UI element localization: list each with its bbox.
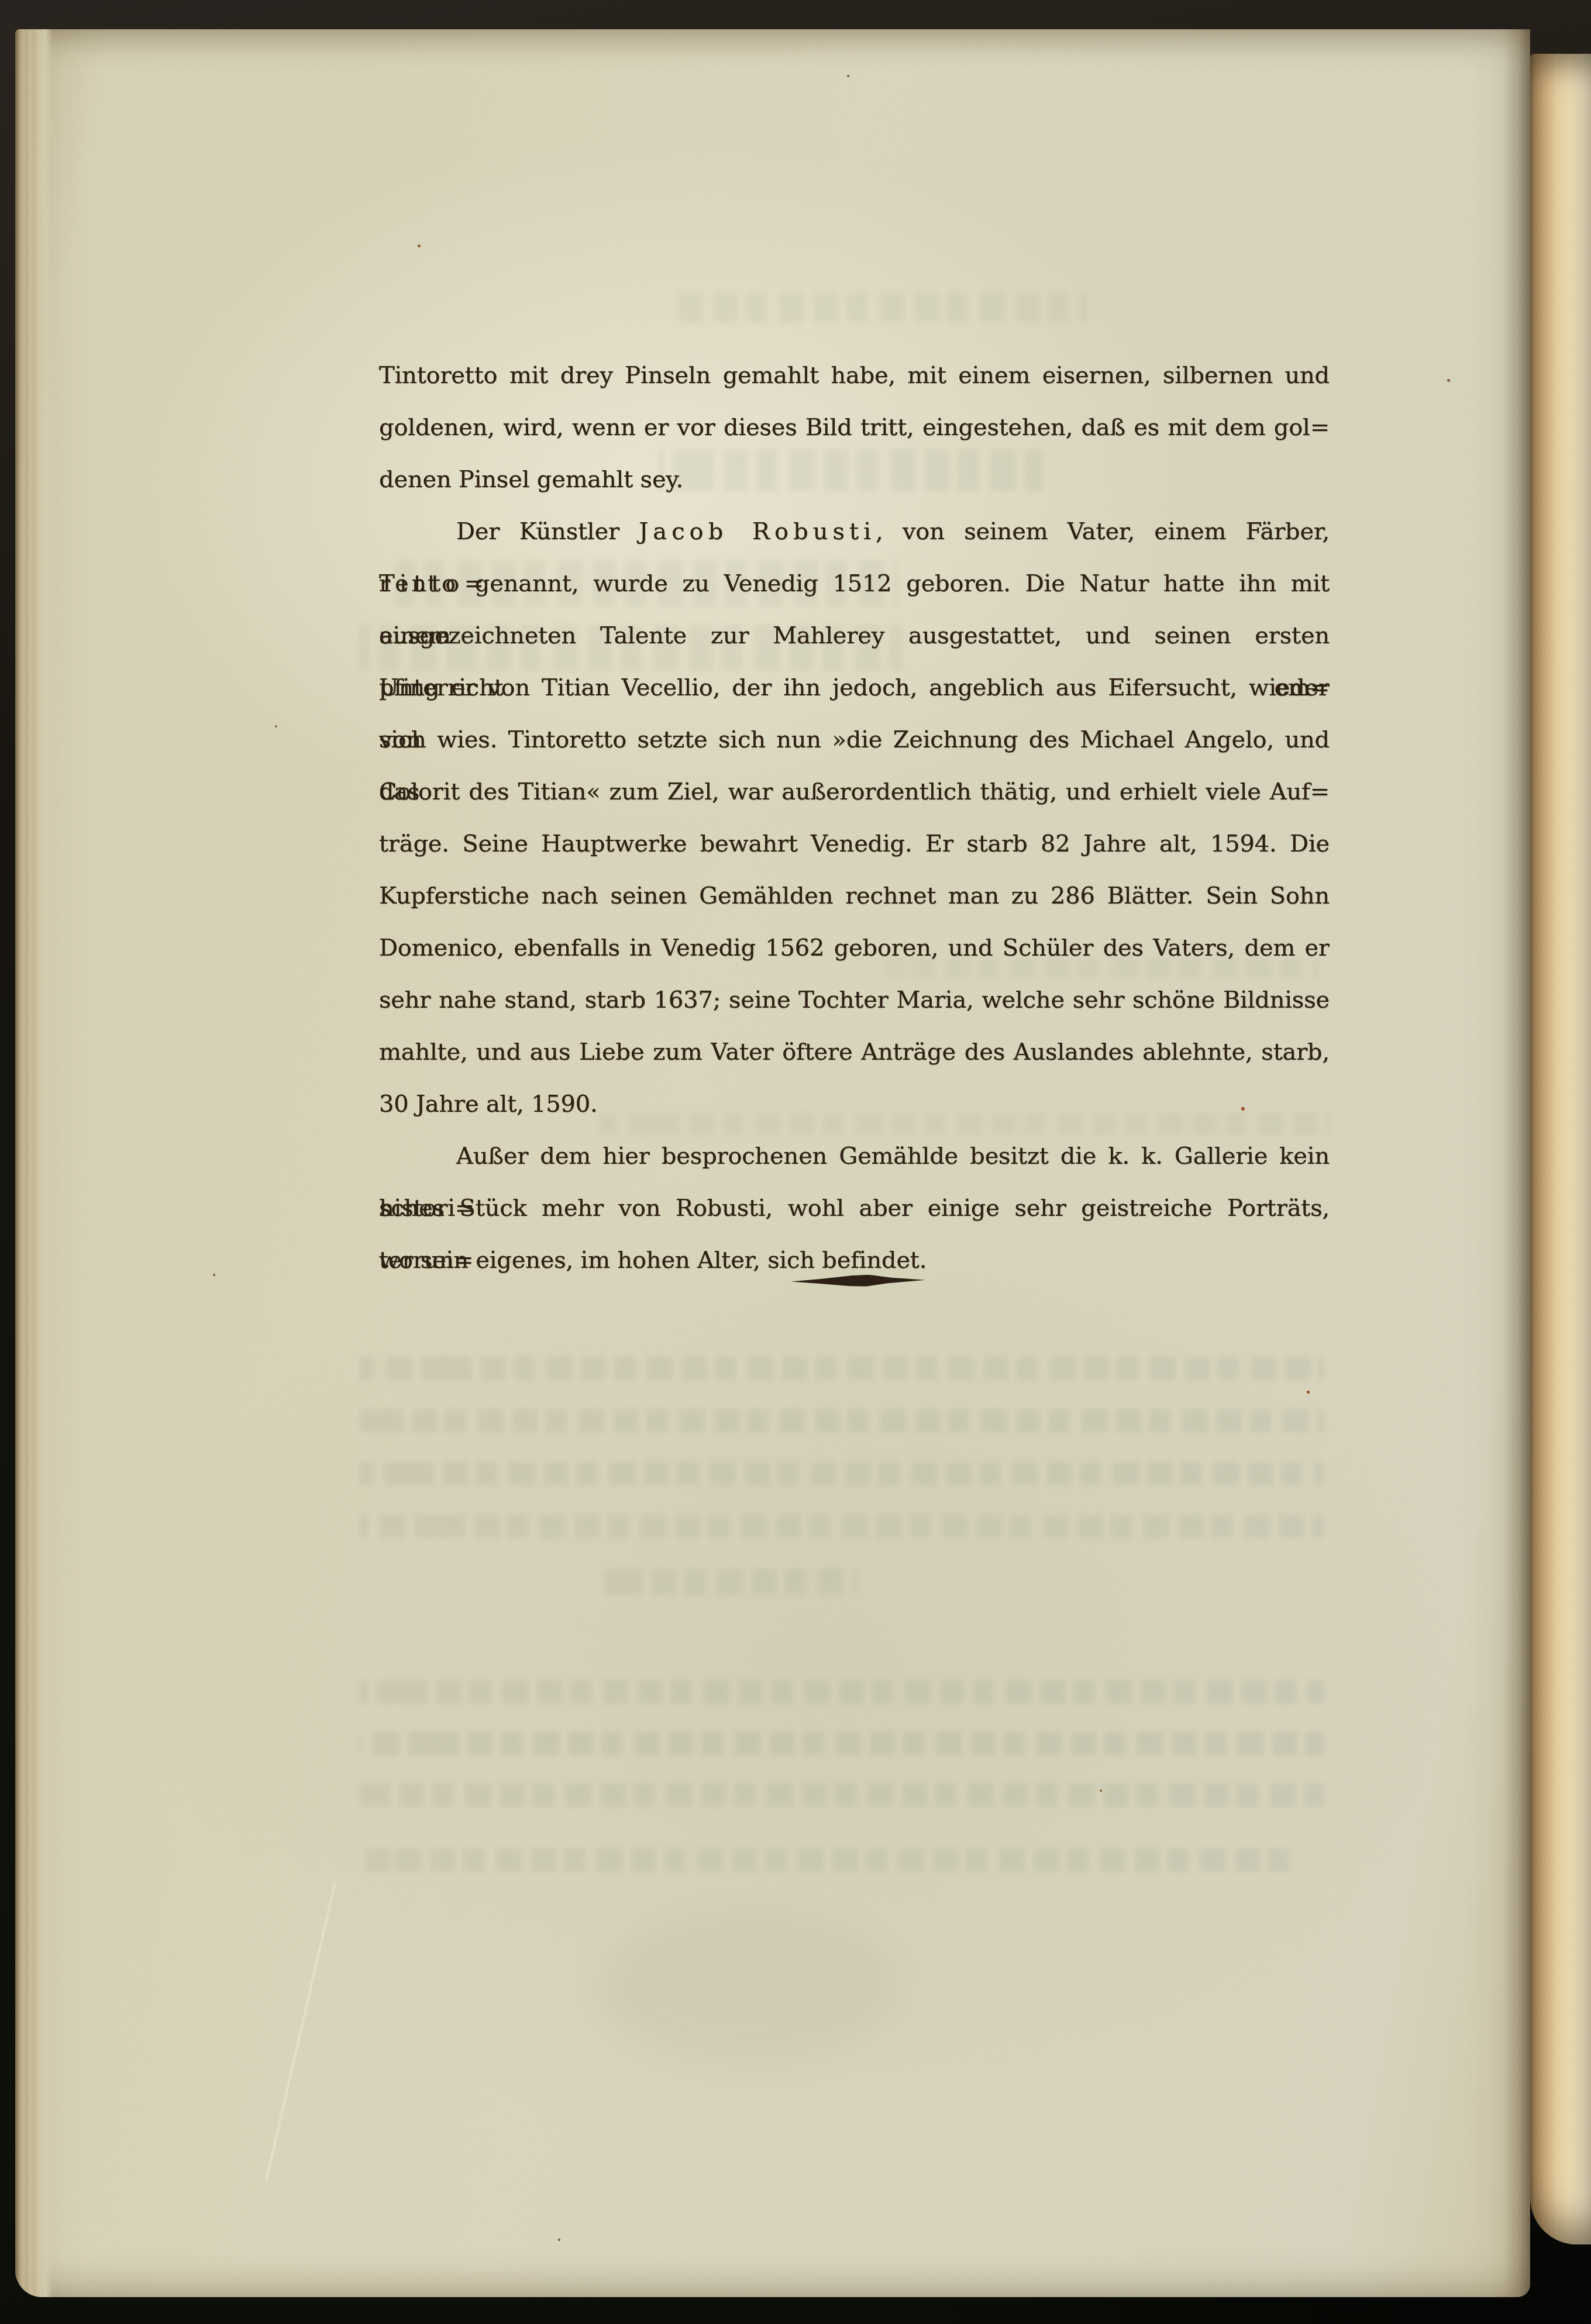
text-line: retto genannt, wurde zu Venedig 1512 geb… — [379, 558, 1330, 610]
paper-speck — [1307, 1391, 1310, 1394]
text-line: Außer dem hier besprochenen Gemählde bes… — [379, 1130, 1330, 1182]
text-line: sich wies. Tintoretto setzte sich nun »d… — [379, 714, 1330, 766]
paper-stain — [599, 1911, 903, 2063]
paper-speck — [558, 2239, 560, 2241]
show-through-line — [678, 292, 1087, 323]
text-line: 30 Jahre alt, 1590. — [379, 1078, 1330, 1130]
show-through-line — [359, 1515, 1324, 1538]
book-scan-photo: Tintoretto mit drey Pinseln gemahlt habe… — [0, 0, 1591, 2324]
paper-speck — [213, 1274, 215, 1276]
text-line: mahlte, und aus Liebe zum Vater öftere A… — [379, 1026, 1330, 1078]
paper-speck — [847, 75, 849, 77]
text-block: Tintoretto mit drey Pinseln gemahlt habe… — [379, 350, 1330, 1287]
paper-speck — [1100, 1789, 1102, 1792]
gutter-fold-shadow — [1503, 29, 1530, 2297]
show-through-line — [605, 1569, 856, 1595]
book-page: Tintoretto mit drey Pinseln gemahlt habe… — [15, 29, 1530, 2297]
letterspaced-name: Jacob Robusti — [639, 518, 876, 545]
text-line: ausgezeichneten Talente zur Mahlerey aus… — [379, 610, 1330, 662]
show-through-line — [359, 1409, 1324, 1433]
text-line: denen Pinsel gemahlt sey. — [379, 454, 1330, 506]
show-through-line — [359, 1680, 1324, 1704]
text-line: Colorit des Titian« zum Ziel, war außero… — [379, 766, 1330, 818]
text-line: träge. Seine Hauptwerke bewahrt Venedig.… — [379, 818, 1330, 870]
paper-speck — [418, 244, 421, 247]
text-line: sches Stück mehr von Robusti, wohl aber … — [379, 1182, 1330, 1235]
paper-speck — [1241, 1107, 1245, 1111]
show-through-line — [359, 1357, 1324, 1380]
text-line: Tintoretto mit drey Pinseln gemahlt habe… — [379, 350, 1330, 402]
paper-crease — [266, 1883, 336, 2180]
adjacent-page-edge — [1530, 54, 1591, 2244]
page-stack-edge — [15, 29, 53, 2297]
letterspaced-name: retto — [379, 570, 460, 597]
paper-speck — [1447, 379, 1450, 382]
text-line: goldenen, wird, wenn er vor dieses Bild … — [379, 402, 1330, 454]
show-through-line — [359, 1783, 1324, 1806]
text-line: sehr nahe stand, starb 1637; seine Tocht… — [379, 974, 1330, 1026]
show-through-line — [359, 1732, 1324, 1755]
text-line: Domenico, ebenfalls in Venedig 1562 gebo… — [379, 922, 1330, 974]
show-through-line — [359, 1462, 1324, 1485]
text-line: Kupferstiche nach seinen Gemählden rechn… — [379, 870, 1330, 922]
paper-speck — [275, 725, 277, 727]
text-line: Der Künstler Jacob Robusti, von seinem V… — [379, 506, 1330, 558]
show-through-line — [359, 1849, 1295, 1872]
text-line: pfing er von Titian Vecellio, der ihn je… — [379, 662, 1330, 714]
